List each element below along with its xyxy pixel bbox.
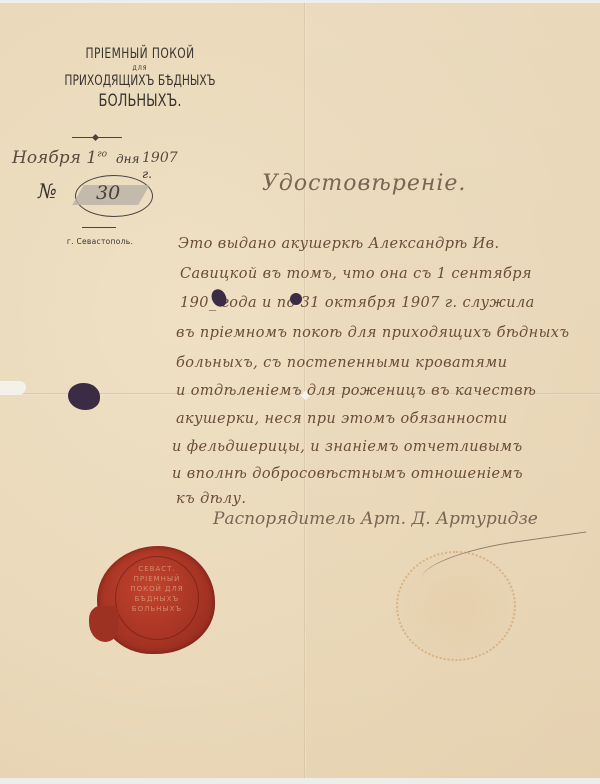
faded-stamp-impression (396, 551, 516, 661)
body-line: акушерки, неся при этомъ обязанности (176, 411, 508, 427)
document-number: 30 (96, 182, 120, 204)
document-title: Удостовѣреніе. (262, 171, 466, 196)
letterhead-title: ПРІЕМНЫЙ ПОКОЙ (21, 46, 259, 62)
city-divider (82, 227, 116, 228)
body-line: и отдѣленіемъ для роженицъ въ качествѣ (176, 383, 536, 399)
body-line: Это выдано акушеркѣ Александрѣ Ив. (178, 236, 499, 252)
edge-tear (0, 381, 26, 395)
date-handwritten: Ноября 1го (12, 148, 107, 168)
body-line: къ дѣлу. (176, 491, 246, 507)
divider-ornament-icon (92, 134, 99, 141)
signature: Распорядитель Арт. Д. Артуридзе (213, 509, 538, 529)
date-printed-label: дня (116, 152, 139, 166)
scan-background-edge (0, 778, 600, 784)
wax-seal: СЕВАСТ. ПРІЕМНЫЙ ПОКОЙ ДЛЯ БѢДНЫХЪ БОЛЬН… (97, 546, 215, 654)
number-prefix: № (38, 179, 57, 203)
letterhead-subtitle-2: БОЛЬНЫХЪ. (21, 91, 259, 111)
body-line: и фельдшерицы, и знаніемъ отчетливымъ (172, 439, 523, 455)
letterhead: ПРІЕМНЫЙ ПОКОЙ ДЛЯ ПРИХОДЯЩИХЪ БѢДНЫХЪ Б… (0, 46, 280, 111)
ink-blot (290, 293, 302, 305)
ink-blot (68, 383, 100, 410)
city-name: г. Севастополь. (0, 237, 200, 246)
body-line: больныхъ, съ постепенными кроватями (176, 355, 507, 371)
letterhead-preposition: ДЛЯ (0, 65, 280, 72)
date-year: 1907 г. (142, 150, 178, 182)
body-line: Савицкой въ томъ, что она съ 1 сентября (180, 266, 532, 282)
body-line: и вполнѣ добросовѣстнымъ отношеніемъ (172, 466, 523, 482)
body-line: 190_ года и по 31 октября 1907 г. служил… (180, 295, 535, 311)
date-field: Ноября 1го дня 1907 г. (10, 148, 170, 168)
document-paper: ПРІЕМНЫЙ ПОКОЙ ДЛЯ ПРИХОДЯЩИХЪ БѢДНЫХЪ Б… (0, 3, 600, 778)
letterhead-subtitle: ПРИХОДЯЩИХЪ БѢДНЫХЪ (21, 73, 259, 89)
body-line: въ пріемномъ покоѣ для приходящихъ бѣдны… (176, 325, 569, 341)
wax-seal-text: СЕВАСТ. ПРІЕМНЫЙ ПОКОЙ ДЛЯ БѢДНЫХЪ БОЛЬН… (117, 564, 197, 614)
